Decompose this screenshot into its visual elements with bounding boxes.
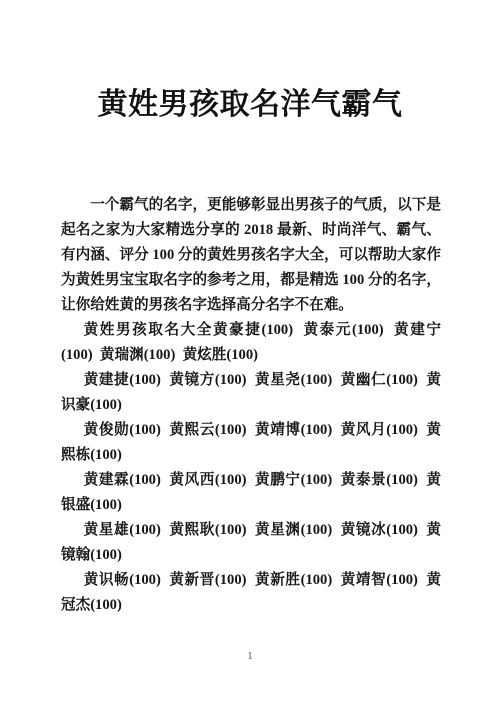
name-group-5: 黄星雄(100) 黄熙耿(100) 黄星渊(100) 黄镜冰(100) 黄镜翰(… (61, 518, 441, 568)
name-group-4: 黄建霖(100) 黄风西(100) 黄鹏宁(100) 黄泰景(100) 黄银盛(… (61, 468, 441, 518)
document-page: 黄姓男孩取名洋气霸气 一个霸气的名字，更能够彰显出男孩子的气质，以下是起名之家为… (0, 0, 500, 707)
name-group-3: 黄俊勋(100) 黄熙云(100) 黄靖博(100) 黄风月(100) 黄熙栋(… (61, 418, 441, 468)
document-body: 一个霸气的名字，更能够彰显出男孩子的气质，以下是起名之家为大家精选分享的 201… (61, 193, 441, 618)
page-number: 1 (0, 651, 500, 663)
name-group-1: 黄姓男孩取名大全黄豪捷(100) 黄泰元(100) 黄建宁(100) 黄瑞渊(1… (61, 318, 441, 368)
name-group-2: 黄建捷(100) 黄镜方(100) 黄星尧(100) 黄幽仁(100) 黄识豪(… (61, 368, 441, 418)
intro-paragraph: 一个霸气的名字，更能够彰显出男孩子的气质，以下是起名之家为大家精选分享的 201… (61, 193, 441, 318)
name-group-6: 黄识畅(100) 黄新晋(100) 黄新胜(100) 黄靖智(100) 黄冠杰(… (61, 568, 441, 618)
document-title: 黄姓男孩取名洋气霸气 (0, 84, 500, 126)
